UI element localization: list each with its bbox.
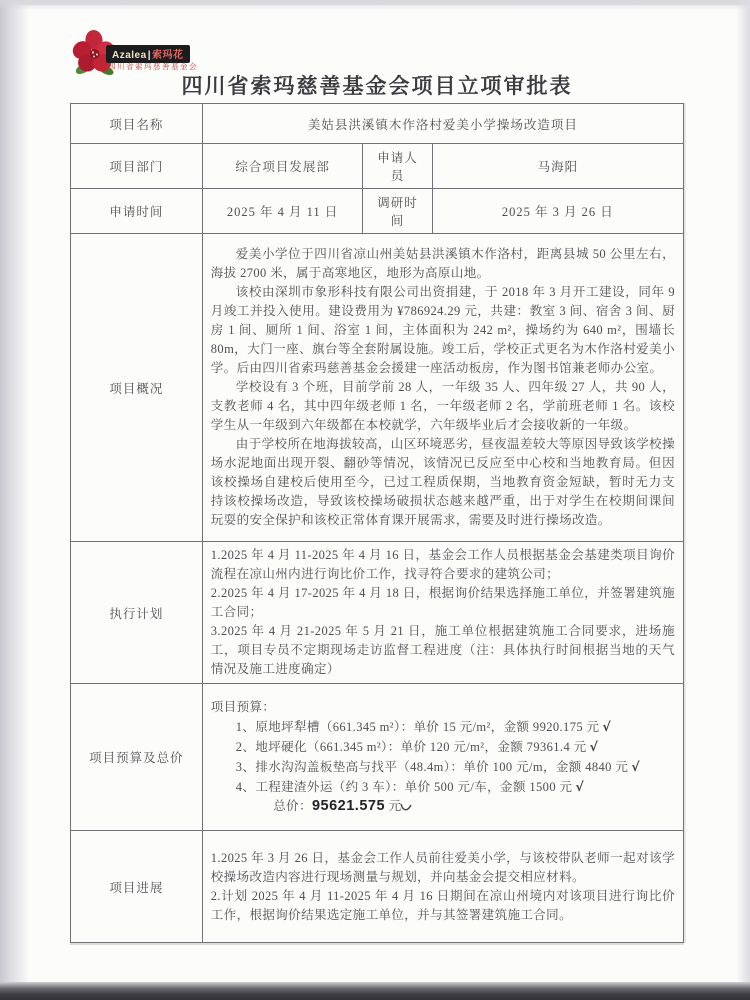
budget-heading: 项目预算： (211, 698, 675, 717)
budget-item: 2、地坪硬化（661.345 m²）：单价 120 元/m²，金额 79361.… (211, 737, 675, 757)
applicant-label: 申请人员 (363, 144, 432, 189)
row-progress: 项目进展 1.2025 年 3 月 26 日，基金会工作人员前往爱美小学，与该校… (71, 831, 684, 943)
project-name-value: 美姑县洪溪镇木作洛村爱美小学操场改造项目 (202, 104, 683, 144)
budget-total-line: 总价：95621.575 元 (211, 797, 675, 816)
budget-item: 4、工程建渣外运（约 3 车）：单价 500 元/车，金额 1500 元√ (211, 777, 675, 797)
row-project-name: 项目名称 美姑县洪溪镇木作洛村爱美小学操场改造项目 (71, 104, 684, 144)
plan-item: 1.2025 年 4 月 11-2025 年 4 月 16 日，基金会工作人员根… (211, 546, 675, 584)
overview-label: 项目概况 (71, 234, 203, 542)
handwritten-checkmark: √ (602, 719, 611, 734)
handwritten-checkmark: √ (590, 739, 599, 754)
row-dates: 申请时间 2025 年 4 月 11 日 调研时间 2025 年 3 月 26 … (71, 189, 684, 234)
scanned-document: Azalea|索玛花 四川省索玛慈善基金会 四川省索玛慈善基金会项目立项审批表 … (0, 0, 750, 1000)
progress-content: 1.2025 年 3 月 26 日，基金会工作人员前往爱美小学，与该校带队老师一… (202, 831, 683, 943)
progress-item: 1.2025 年 3 月 26 日，基金会工作人员前往爱美小学，与该校带队老师一… (211, 849, 675, 887)
progress-item: 2.计划 2025 年 4 月 11-2025 年 4 月 16 日期间在凉山州… (211, 887, 675, 925)
overview-paragraph: 由于学校所在地海拔较高，山区环境恶劣，昼夜温差较大等原因导致该学校操场水泥地面出… (211, 435, 675, 530)
logo-brand-en: Azalea (112, 50, 147, 61)
project-name-label: 项目名称 (71, 104, 203, 144)
department-label: 项目部门 (71, 144, 203, 189)
budget-total-value: 95621.575 (312, 798, 385, 814)
row-budget: 项目预算及总价 项目预算： 1、原地坪犁槽（661.345 m²）：单价 15 … (71, 684, 684, 831)
plan-item: 3.2025 年 4 月 21-2025 年 5 月 21 日，施工单位根据建筑… (211, 622, 675, 679)
row-department-applicant: 项目部门 综合项目发展部 申请人员 马海阳 (71, 144, 684, 189)
overview-content: 爱美小学位于四川省凉山州美姑县洪溪镇木作洛村，距离县城 50 公里左右，海拔 2… (202, 234, 683, 542)
budget-content: 项目预算： 1、原地坪犁槽（661.345 m²）：单价 15 元/m²，金额 … (202, 684, 683, 831)
budget-item: 3、排水沟沟盖板垫高与找平（48.4m）：单价 100 元/m，金额 4840 … (211, 757, 675, 777)
document-title: 四川省索玛慈善基金会项目立项审批表 (70, 70, 684, 100)
apply-date-value: 2025 年 4 月 11 日 (202, 189, 363, 234)
budget-item: 1、原地坪犁槽（661.345 m²）：单价 15 元/m²，金额 9920.1… (211, 717, 675, 737)
row-plan: 执行计划 1.2025 年 4 月 11-2025 年 4 月 16 日，基金会… (71, 542, 684, 684)
scan-edge-bottom (0, 982, 750, 1000)
plan-item: 2.2025 年 4 月 17-2025 年 4 月 18 日，根据询价结果选择… (211, 584, 675, 622)
budget-total-label: 总价： (273, 799, 312, 813)
approval-form-table: 项目名称 美姑县洪溪镇木作洛村爱美小学操场改造项目 项目部门 综合项目发展部 申… (70, 103, 684, 943)
budget-label: 项目预算及总价 (71, 684, 203, 831)
department-value: 综合项目发展部 (202, 144, 363, 189)
row-overview: 项目概况 爱美小学位于四川省凉山州美姑县洪溪镇木作洛村，距离县城 50 公里左右… (71, 234, 684, 542)
overview-paragraph: 学校设有 3 个班，目前学前 28 人，一年级 35 人、四年级 27 人，共 … (211, 378, 675, 435)
survey-date-value: 2025 年 3 月 26 日 (432, 189, 683, 234)
plan-content: 1.2025 年 4 月 11-2025 年 4 月 16 日，基金会工作人员根… (202, 542, 683, 684)
handwritten-checkmark: √ (631, 759, 640, 774)
progress-label: 项目进展 (71, 831, 203, 943)
applicant-value: 马海阳 (432, 144, 683, 189)
apply-date-label: 申请时间 (71, 189, 203, 234)
plan-label: 执行计划 (71, 542, 203, 684)
survey-date-label: 调研时间 (363, 189, 432, 234)
handwritten-checkmark: √ (575, 779, 584, 794)
overview-paragraph: 爱美小学位于四川省凉山州美姑县洪溪镇木作洛村，距离县城 50 公里左右，海拔 2… (211, 245, 675, 283)
logo-brand-cn: 索玛花 (152, 50, 184, 61)
handwritten-flourish (399, 802, 413, 813)
overview-paragraph: 该校由深圳市象形科技有限公司出资捐建，于 2018 年 3 月开工建设，同年 9… (211, 283, 675, 378)
